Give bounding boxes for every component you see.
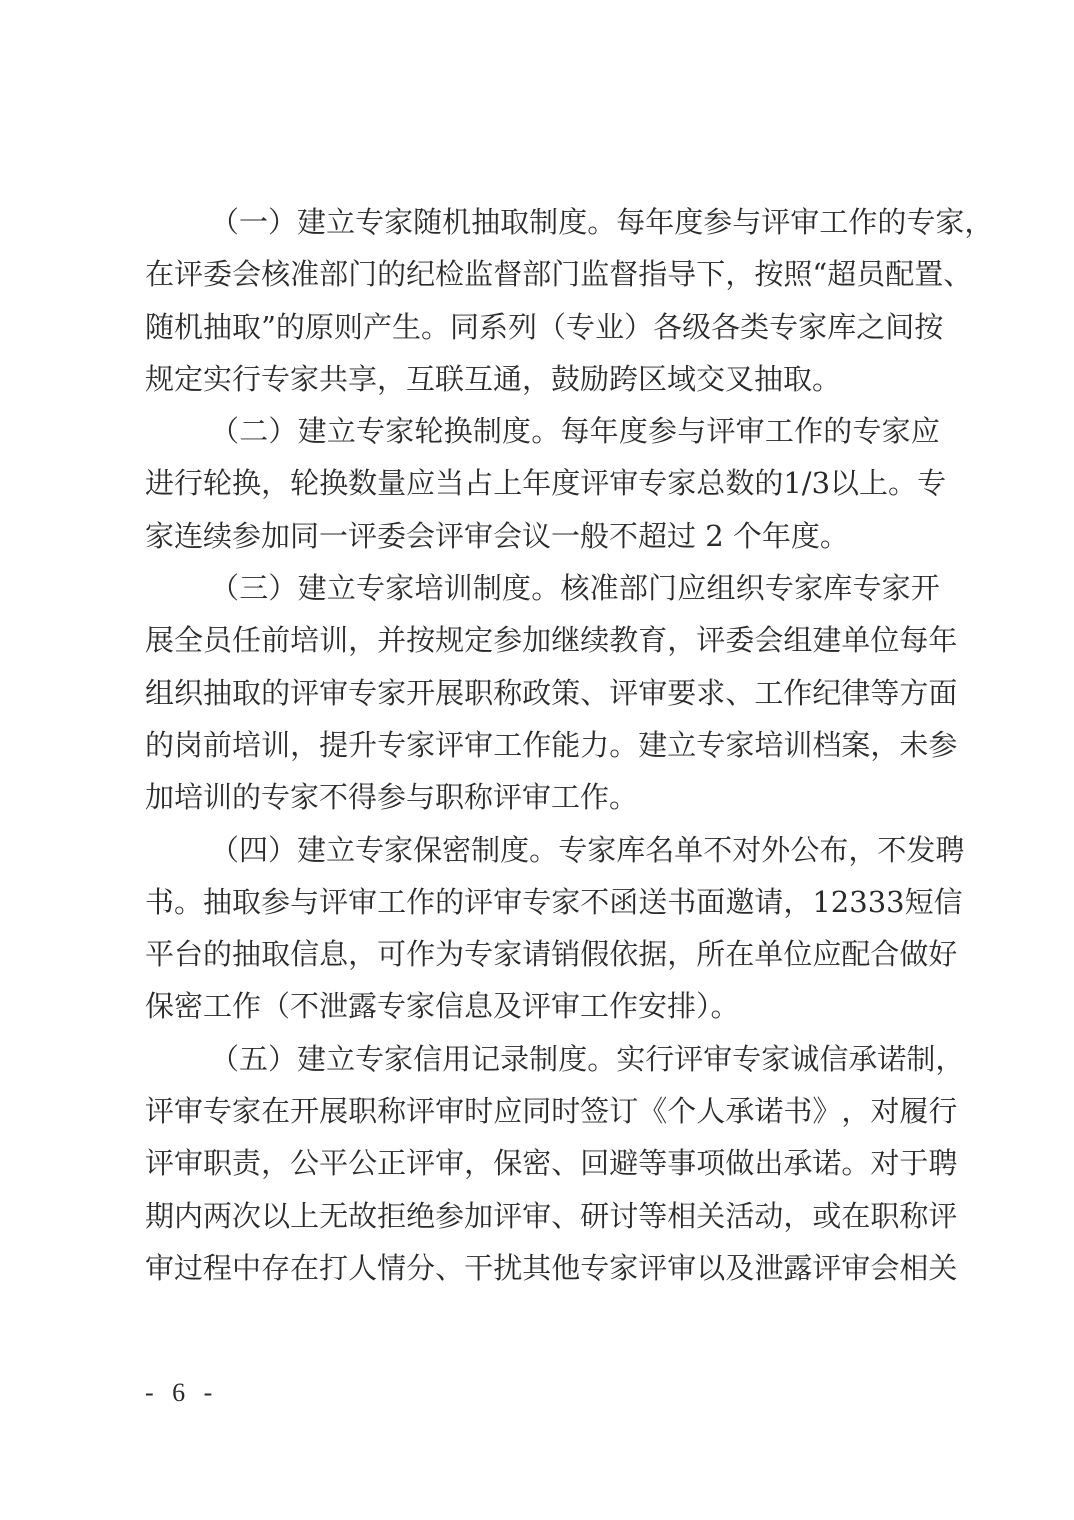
paragraph-1-line-4: 规定实行专家共享，互联互通，鼓励跨区域交叉抽取。 bbox=[145, 353, 940, 405]
body-text: （一）建立专家随机抽取制度。每年度参与评审工作的专家， 在评委会核准部门的纪检监… bbox=[145, 196, 945, 1294]
paragraph-5-line-5: 审过程中存在打人情分、干扰其他专家评审以及泄露评审会相关 bbox=[145, 1242, 940, 1294]
page-number: - 6 - bbox=[145, 1378, 218, 1408]
paragraph-4-line-1: （四）建立专家保密制度。专家库名单不对外公布，不发聘 bbox=[145, 824, 940, 876]
paragraph-5-line-3: 评审职责，公平公正评审，保密、回避等事项做出承诺。对于聘 bbox=[145, 1137, 940, 1189]
paragraph-1-line-3: 随机抽取”的原则产生。同系列（专业）各级各类专家库之间按 bbox=[145, 301, 940, 353]
paragraph-5-line-1: （五）建立专家信用记录制度。实行评审专家诚信承诺制， bbox=[145, 1033, 940, 1085]
paragraph-3-line-5: 加培训的专家不得参与职称评审工作。 bbox=[145, 771, 940, 823]
paragraph-3-line-4: 的岗前培训，提升专家评审工作能力。建立专家培训档案，未参 bbox=[145, 719, 940, 771]
paragraph-3-line-2: 展全员任前培训，并按规定参加继续教育，评委会组建单位每年 bbox=[145, 614, 940, 666]
paragraph-4-line-3: 平台的抽取信息，可作为专家请销假依据，所在单位应配合做好 bbox=[145, 928, 940, 980]
paragraph-5-line-2: 评审专家在开展职称评审时应同时签订《个人承诺书》，对履行 bbox=[145, 1085, 940, 1137]
paragraph-2-line-3: 家连续参加同一评委会评审会议一般不超过 2 个年度。 bbox=[145, 510, 940, 562]
paragraph-4-line-4: 保密工作（不泄露专家信息及评审工作安排）。 bbox=[145, 980, 940, 1032]
paragraph-3-line-3: 组织抽取的评审专家开展职称政策、评审要求、工作纪律等方面 bbox=[145, 667, 940, 719]
document-page: （一）建立专家随机抽取制度。每年度参与评审工作的专家， 在评委会核准部门的纪检监… bbox=[0, 0, 1074, 1520]
paragraph-3-line-1: （三）建立专家培训制度。核准部门应组织专家库专家开 bbox=[145, 562, 940, 614]
paragraph-1-line-2: 在评委会核准部门的纪检监督部门监督指导下，按照“超员配置、 bbox=[145, 248, 940, 300]
paragraph-2-line-2: 进行轮换，轮换数量应当占上年度评审专家总数的1/3以上。专 bbox=[145, 457, 940, 509]
paragraph-4-line-2: 书。抽取参与评审工作的评审专家不函送书面邀请，12333短信 bbox=[145, 876, 940, 928]
paragraph-1-line-1: （一）建立专家随机抽取制度。每年度参与评审工作的专家， bbox=[145, 196, 940, 248]
paragraph-2-line-1: （二）建立专家轮换制度。每年度参与评审工作的专家应 bbox=[145, 405, 940, 457]
paragraph-5-line-4: 期内两次以上无故拒绝参加评审、研讨等相关活动，或在职称评 bbox=[145, 1190, 940, 1242]
